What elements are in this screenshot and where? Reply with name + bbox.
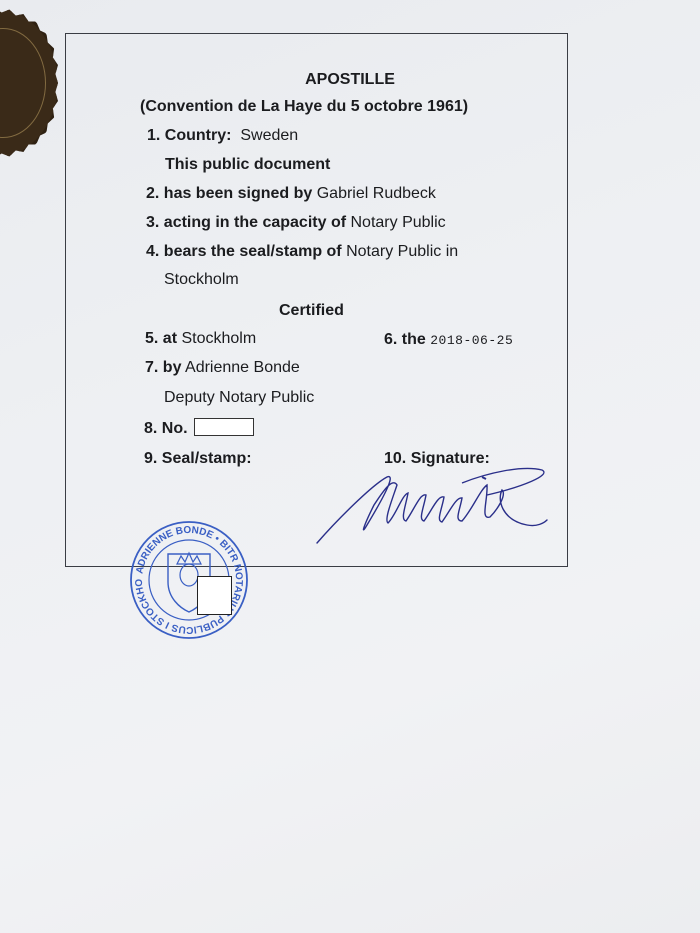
redacted-number-box <box>194 418 254 436</box>
field-seal-of-cont: Stockholm <box>164 271 239 289</box>
field-signed-by: 2. has been signed by Gabriel Rudbeck <box>146 185 436 203</box>
field-country: 1. Country: Sweden <box>147 127 298 145</box>
field-capacity: 3. acting in the capacity of Notary Publ… <box>146 214 446 232</box>
field-date: 6. the 2018-06-25 <box>384 331 513 349</box>
certified-heading: Certified <box>279 302 344 320</box>
field-at: 5. at Stockholm <box>145 330 256 348</box>
convention-subtitle: (Convention de La Haye du 5 octobre 1961… <box>140 98 468 116</box>
field-number: 8. No. <box>144 418 254 438</box>
page-title: APOSTILLE <box>0 71 700 89</box>
redacted-stamp-box <box>197 576 232 615</box>
field-by: 7. by Adrienne Bonde <box>145 359 300 377</box>
field-by-role: Deputy Notary Public <box>164 389 314 407</box>
seal-stamp-label: 9. Seal/stamp: <box>144 450 252 468</box>
public-document-label: This public document <box>165 156 330 174</box>
handwritten-signature <box>312 465 552 550</box>
field-seal-of: 4. bears the seal/stamp of Notary Public… <box>146 243 458 261</box>
